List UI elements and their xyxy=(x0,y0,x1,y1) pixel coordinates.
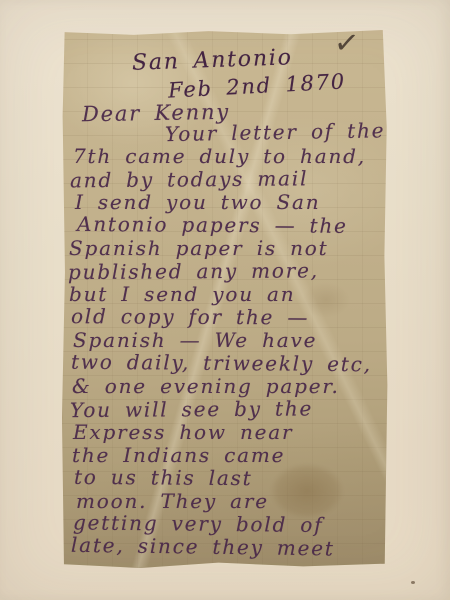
letter-line: late, since they meet xyxy=(71,534,386,561)
letter-photograph: ✓ San Antonio Feb 2nd 1870 Dear Kenny Yo… xyxy=(0,0,450,600)
letter-date: Feb 2nd 1870 xyxy=(167,69,346,102)
letter-place: San Antonio xyxy=(132,45,294,76)
letter-line: I send you two San xyxy=(75,191,386,214)
letter-line: moon. They are xyxy=(76,490,386,513)
letter-paper: ✓ San Antonio Feb 2nd 1870 Dear Kenny Yo… xyxy=(62,30,388,568)
letter-line: published any more, xyxy=(68,259,386,284)
dust-speck xyxy=(411,581,415,584)
checkmark-icon: ✓ xyxy=(332,25,361,62)
letter-line: but I send you an xyxy=(69,283,386,306)
letter-line: the Indians came xyxy=(72,444,386,467)
letter-line: Spanish — We have xyxy=(73,329,386,352)
letter-line: to us this last xyxy=(74,466,386,491)
letter-line: two daily, triweekly etc, xyxy=(71,351,386,377)
letter-body: Your letter of the 7th came duly to hand… xyxy=(69,122,386,559)
letter-line: Spanish paper is not xyxy=(69,237,386,260)
letter-line: Express how near xyxy=(73,421,386,444)
letter-line: Antonio papers — the xyxy=(77,213,386,238)
letter-line: You will see by the xyxy=(70,397,386,422)
letter-line: 7th came duly to hand, xyxy=(73,145,386,168)
letter-line: & one evening paper. xyxy=(72,375,386,398)
letter-line: and by todays mail xyxy=(70,167,386,193)
letter-line: old copy for the — xyxy=(71,305,386,330)
